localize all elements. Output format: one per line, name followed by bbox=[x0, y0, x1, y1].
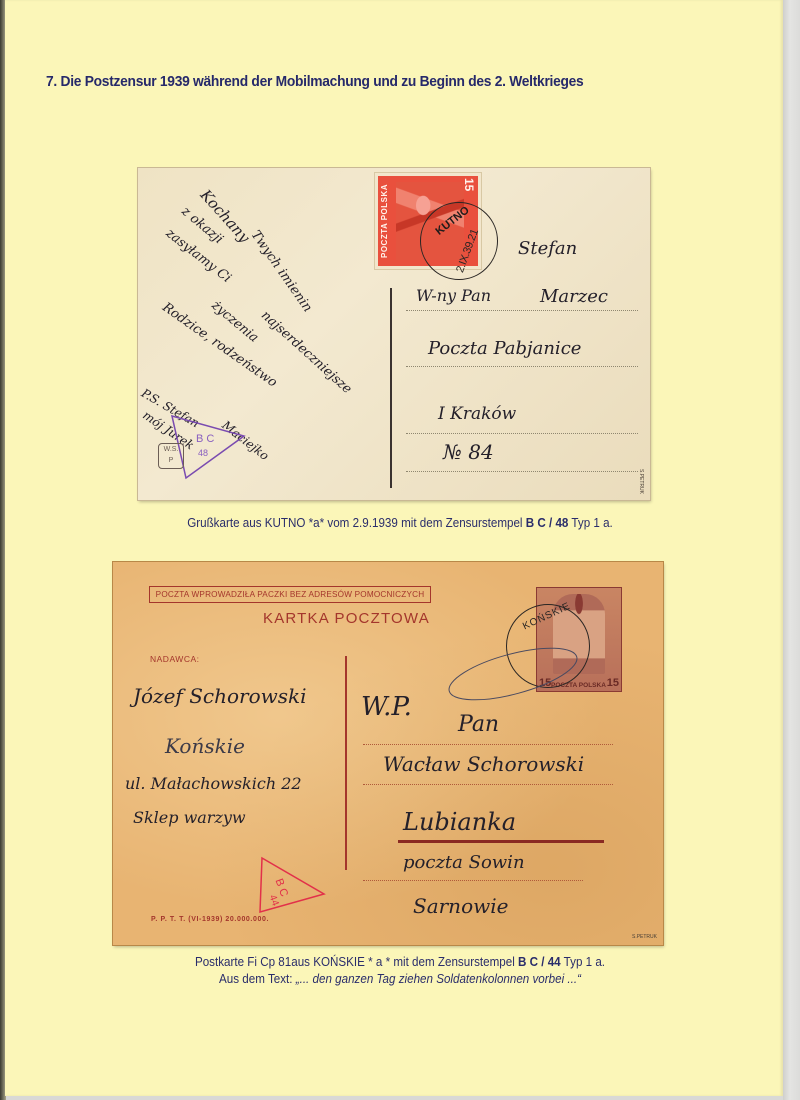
sender-handwriting: Końskie bbox=[165, 734, 245, 758]
page-title: 7. Die Postzensur 1939 während der Mobil… bbox=[46, 73, 583, 90]
card-top-notice: POCZTA WPROWADZIŁA PACZKI BEZ ADRESÓW PO… bbox=[149, 586, 431, 603]
address-handwriting: I Kraków bbox=[438, 404, 516, 424]
sender-handwriting: Sklep warzyw bbox=[133, 808, 246, 827]
address-line bbox=[363, 744, 613, 745]
imprint-text: P. P. T. T. (VI-1939) 20.000.000. bbox=[151, 916, 269, 923]
printer-mark: S.PETRUK bbox=[632, 934, 657, 940]
postmark: KUTNO 2.IX.39.21 bbox=[420, 202, 498, 280]
address-handwriting: W.P. bbox=[361, 692, 412, 722]
pencil-oval-mark bbox=[443, 644, 583, 704]
caption-card2-line2: Aus dem Text: „... den ganzen Tag ziehen… bbox=[28, 972, 772, 986]
underline-town bbox=[398, 840, 604, 843]
address-handwriting: W-ny Pan bbox=[416, 286, 491, 305]
card-divider-line bbox=[345, 656, 347, 870]
postcard-kutno: POCZTA POLSKA 15 KUTNO 2.IX.39.21 Kochan… bbox=[138, 168, 650, 500]
caption-quote: „... den ganzen Tag ziehen Soldatenkolon… bbox=[296, 972, 581, 986]
postmark-city: KUTNO bbox=[433, 204, 471, 238]
caption-text: Postkarte Fi Cp 81aus KOŃSKIE * a * mit … bbox=[195, 955, 518, 969]
handwriting-line: Twych imienin bbox=[248, 228, 315, 315]
censor-triangle-stamp: B C 44 bbox=[258, 854, 328, 916]
svg-text:48: 48 bbox=[198, 448, 208, 458]
address-line bbox=[406, 471, 638, 472]
address-line bbox=[363, 880, 583, 881]
sender-handwriting: Józef Schorowski bbox=[133, 684, 307, 708]
svg-text:B C: B C bbox=[196, 433, 214, 445]
caption-censor-code: B C / 48 bbox=[526, 516, 569, 530]
caption-type: Typ 1 a. bbox=[561, 955, 605, 969]
printer-mark: S.PETRUK bbox=[638, 469, 644, 494]
caption-type: Typ 1 a. bbox=[568, 516, 612, 530]
address-handwriting: Lubianka bbox=[403, 808, 516, 836]
address-handwriting: Wacław Schorowski bbox=[383, 752, 584, 776]
stamp-value-right: 15 bbox=[607, 677, 619, 689]
address-line bbox=[363, 784, 613, 785]
address-handwriting: Poczta Pabjanice bbox=[428, 338, 581, 359]
postmark-city: KOŃSKIE bbox=[521, 601, 572, 633]
postcard-konskie: POCZTA WPROWADZIŁA PACZKI BEZ ADRESÓW PO… bbox=[113, 562, 663, 945]
hex-cachet-top: W.S. bbox=[159, 444, 183, 455]
address-line bbox=[406, 433, 638, 434]
caption-card2-line1: Postkarte Fi Cp 81aus KOŃSKIE * a * mit … bbox=[28, 955, 772, 969]
address-line bbox=[406, 310, 638, 311]
caption-text: Grußkarte aus KUTNO *a* vom 2.9.1939 mit… bbox=[187, 516, 526, 530]
hex-cachet-bottom: P bbox=[159, 455, 183, 466]
scan-right-edge bbox=[783, 0, 800, 1100]
address-handwriting: № 84 bbox=[443, 440, 494, 464]
hex-cachet: W.S. P bbox=[158, 443, 184, 469]
svg-text:44: 44 bbox=[266, 893, 280, 908]
caption-text: Aus dem Text: bbox=[219, 972, 296, 986]
postmark-date: 2.IX.39.21 bbox=[454, 228, 481, 275]
sender-handwriting: ul. Małachowskich 22 bbox=[125, 774, 302, 793]
caption-censor-code: B C / 44 bbox=[518, 955, 561, 969]
stamp-country: POCZTA POLSKA bbox=[380, 178, 394, 264]
address-handwriting: Stefan bbox=[518, 238, 577, 259]
address-handwriting: Pan bbox=[458, 712, 499, 737]
card-heading: KARTKA POCZTOWA bbox=[263, 610, 430, 627]
address-handwriting: Sarnowie bbox=[413, 894, 508, 918]
address-handwriting: poczta Sowin bbox=[403, 852, 525, 873]
stamp-value: 15 bbox=[462, 178, 476, 191]
card-divider-line bbox=[390, 288, 392, 488]
address-handwriting: Marzec bbox=[540, 286, 608, 307]
address-line bbox=[406, 366, 638, 367]
caption-card1: Grußkarte aus KUTNO *a* vom 2.9.1939 mit… bbox=[28, 516, 772, 530]
sender-label: NADAWCA: bbox=[150, 654, 200, 664]
